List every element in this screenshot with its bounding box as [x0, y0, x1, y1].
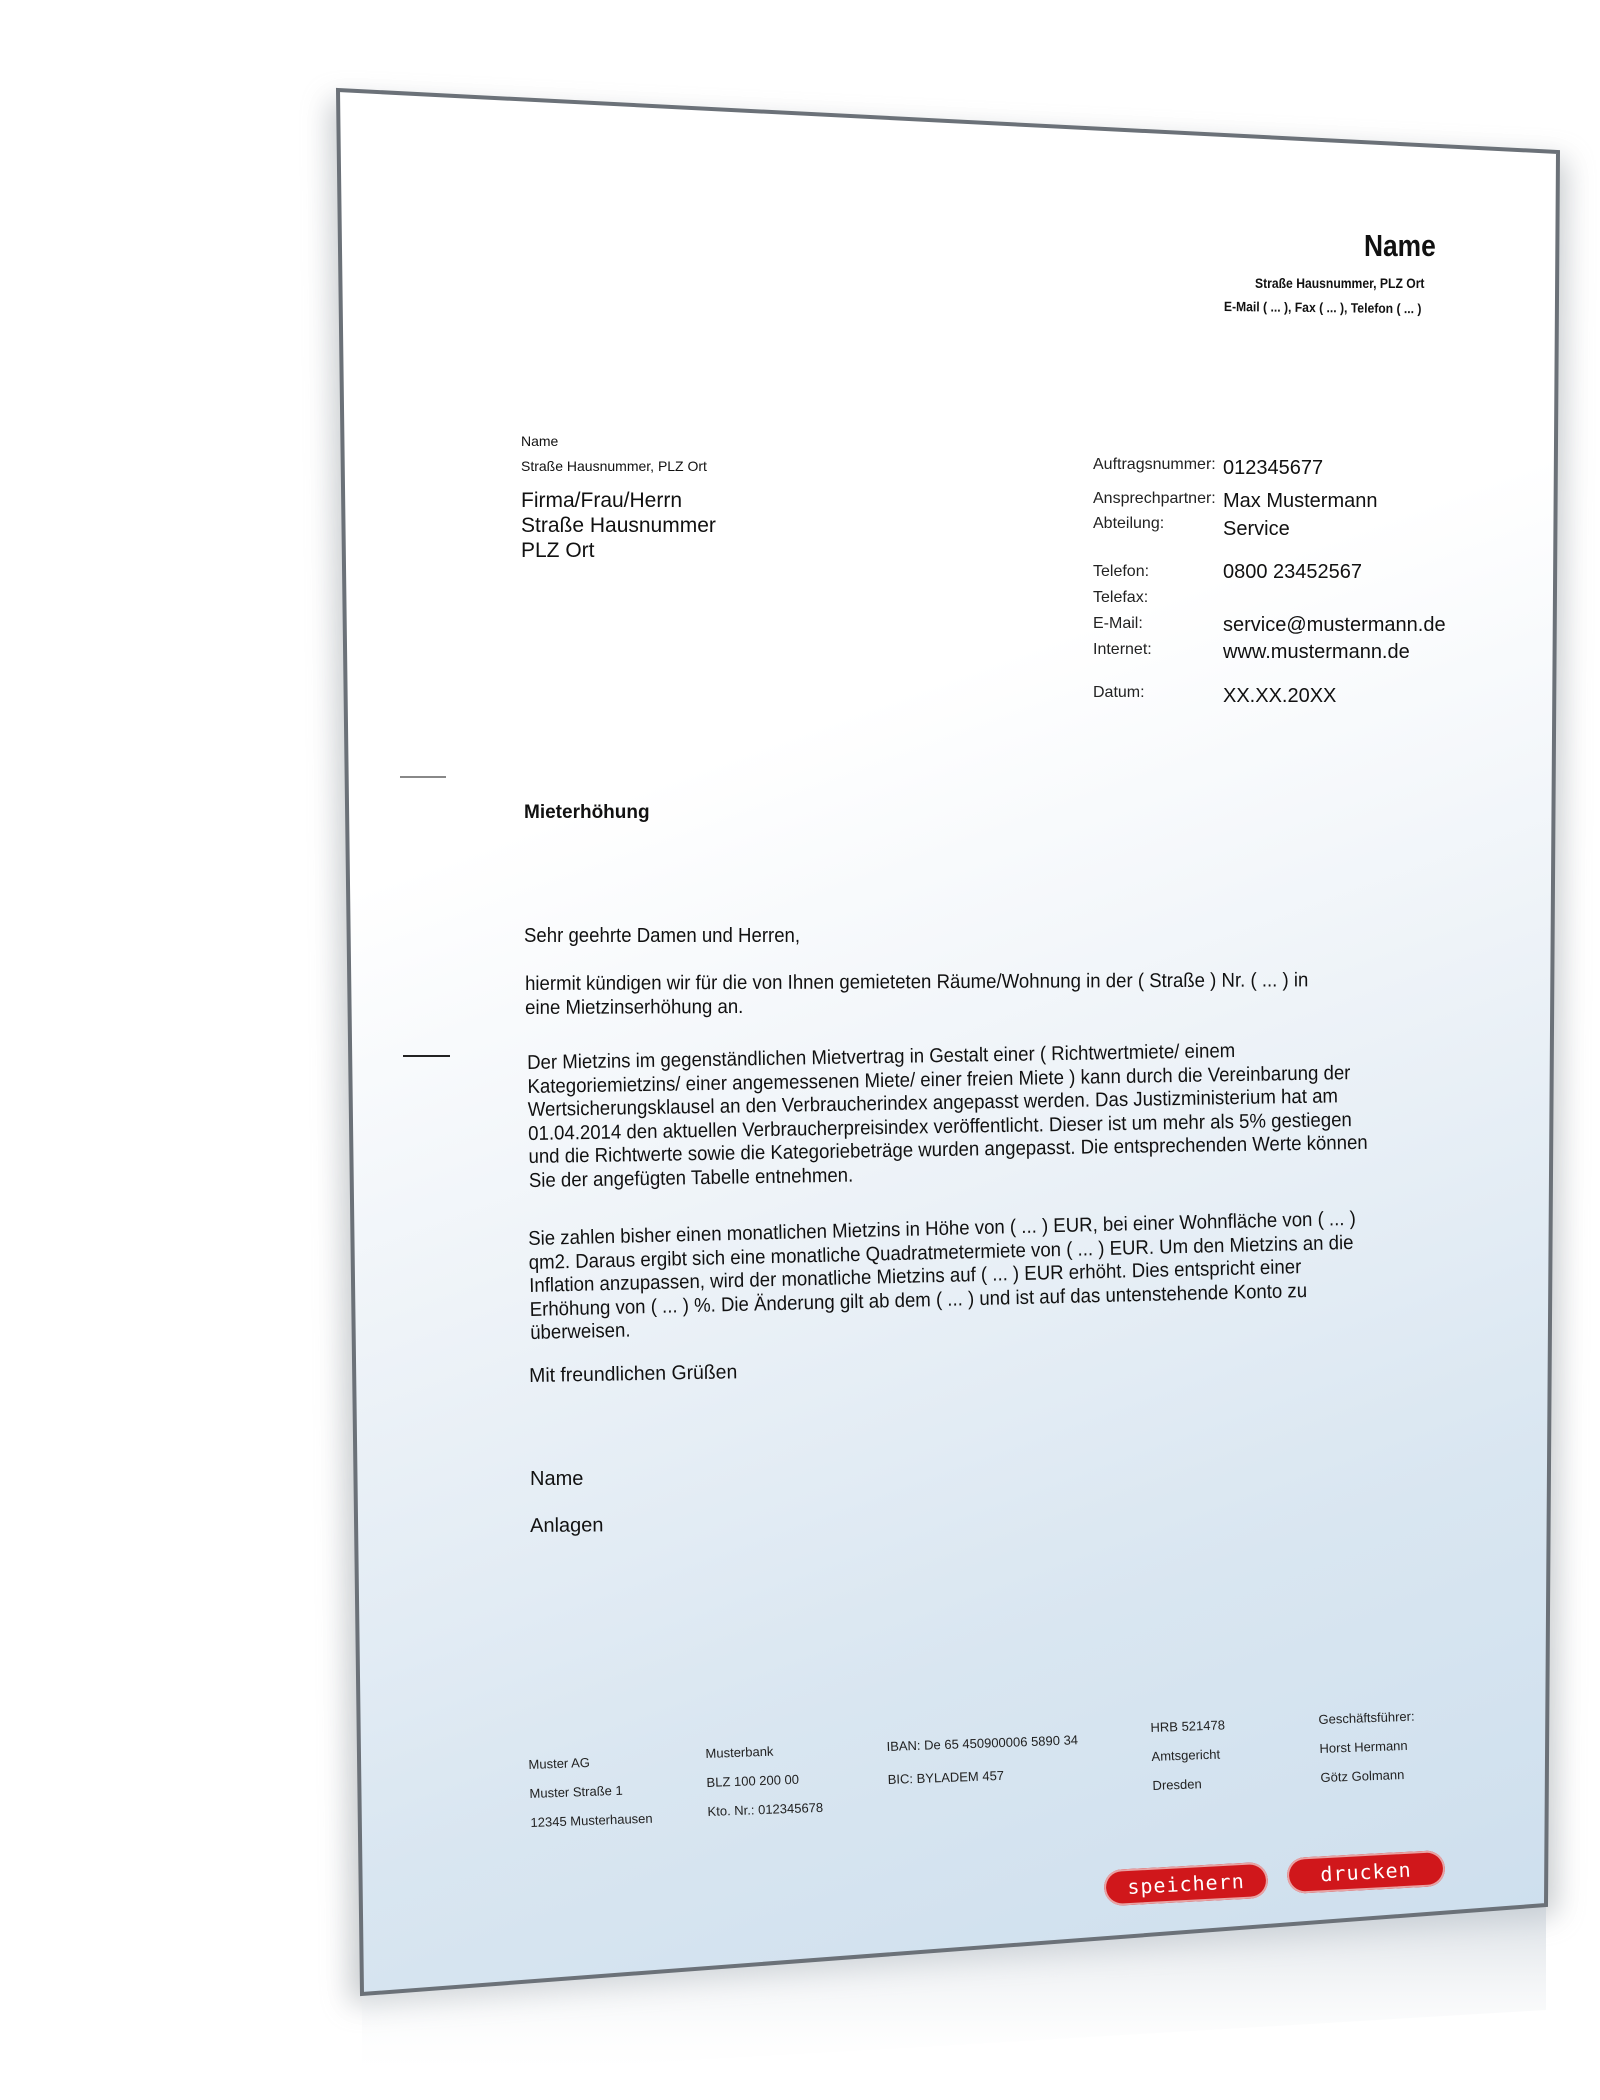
footer-line: Amtsgericht [1151, 1739, 1226, 1771]
signature-name: Name [530, 1468, 583, 1492]
recipient-line3: PLZ Ort [521, 538, 716, 563]
info-value: XX.XX.20XX [1223, 685, 1336, 708]
sender-name: Name [1364, 228, 1436, 264]
recipient-address: Firma/Frau/Herrn Straße Hausnummer PLZ O… [521, 488, 716, 563]
paragraph-2: Der Mietzins im gegenständlichen Mietver… [527, 1038, 1368, 1193]
return-name: Name [521, 433, 558, 449]
footer-line: Muster Straße 1 [529, 1775, 652, 1808]
footer-line: BLZ 100 200 00 [706, 1764, 823, 1797]
info-label: E-Mail: [1093, 615, 1143, 633]
return-address: Straße Hausnummer, PLZ Ort [521, 458, 707, 474]
sender-contact: E-Mail ( ... ), Fax ( ... ), Telefon ( .… [1224, 299, 1422, 316]
closing: Mit freundlichen Grüßen [529, 1361, 737, 1388]
paragraph-line: eine Mietzinserhöhung an. [525, 993, 1308, 1020]
sender-address: Straße Hausnummer, PLZ Ort [1255, 276, 1424, 291]
info-label: Abteilung: [1093, 515, 1164, 533]
footer-line: Horst Hermann [1319, 1731, 1416, 1763]
info-label: Datum: [1093, 684, 1145, 702]
footer-register: HRB 521478 Amtsgericht Dresden [1150, 1710, 1227, 1800]
letter-subject: Mieterhöhung [524, 802, 650, 824]
footer-line: BIC: BYLADEM 457 [887, 1756, 1080, 1796]
info-label: Auftragsnummer: [1093, 456, 1216, 474]
attachments: Anlagen [530, 1514, 604, 1538]
footer-line: Dresden [1152, 1768, 1227, 1800]
info-value: service@mustermann.de [1223, 614, 1446, 637]
footer-company: Muster AG Muster Straße 1 12345 Musterha… [528, 1746, 653, 1837]
footer-line: Geschäftsführer: [1318, 1702, 1415, 1734]
fold-mark [403, 1055, 450, 1057]
paragraph-line: hiermit kündigen wir für die von Ihnen g… [525, 969, 1308, 996]
footer-line: 12345 Musterhausen [530, 1804, 653, 1837]
footer-line: Götz Golmann [1320, 1760, 1417, 1792]
info-value: 012345677 [1223, 457, 1323, 480]
info-label: Telefax: [1093, 589, 1148, 607]
footer-line: HRB 521478 [1150, 1710, 1225, 1742]
footer-bank: Musterbank BLZ 100 200 00 Kto. Nr.: 0123… [705, 1735, 824, 1826]
info-value: www.mustermann.de [1223, 641, 1410, 664]
footer-line: Musterbank [705, 1735, 822, 1768]
fold-mark [400, 776, 446, 778]
recipient-line1: Firma/Frau/Herrn [521, 488, 716, 513]
footer-line: Muster AG [528, 1746, 651, 1779]
salutation: Sehr geehrte Damen und Herren, [524, 925, 800, 949]
info-value: 0800 23452567 [1223, 561, 1362, 584]
footer-iban: IBAN: De 65 450900006 5890 34 BIC: BYLAD… [886, 1723, 1080, 1796]
footer-line: Kto. Nr.: 012345678 [707, 1793, 824, 1826]
info-label: Internet: [1093, 641, 1152, 659]
info-label: Ansprechpartner: [1093, 490, 1216, 508]
paragraph-1: hiermit kündigen wir für die von Ihnen g… [525, 969, 1308, 1020]
paragraph-3: Sie zahlen bisher einen monatlichen Miet… [528, 1208, 1358, 1346]
footer-management: Geschäftsführer: Horst Hermann Götz Golm… [1318, 1702, 1417, 1792]
info-value: Service [1223, 518, 1290, 541]
footer-line: IBAN: De 65 450900006 5890 34 [886, 1723, 1079, 1763]
info-label: Telefon: [1093, 563, 1149, 581]
recipient-line2: Straße Hausnummer [521, 513, 716, 538]
info-value: Max Mustermann [1223, 490, 1378, 513]
